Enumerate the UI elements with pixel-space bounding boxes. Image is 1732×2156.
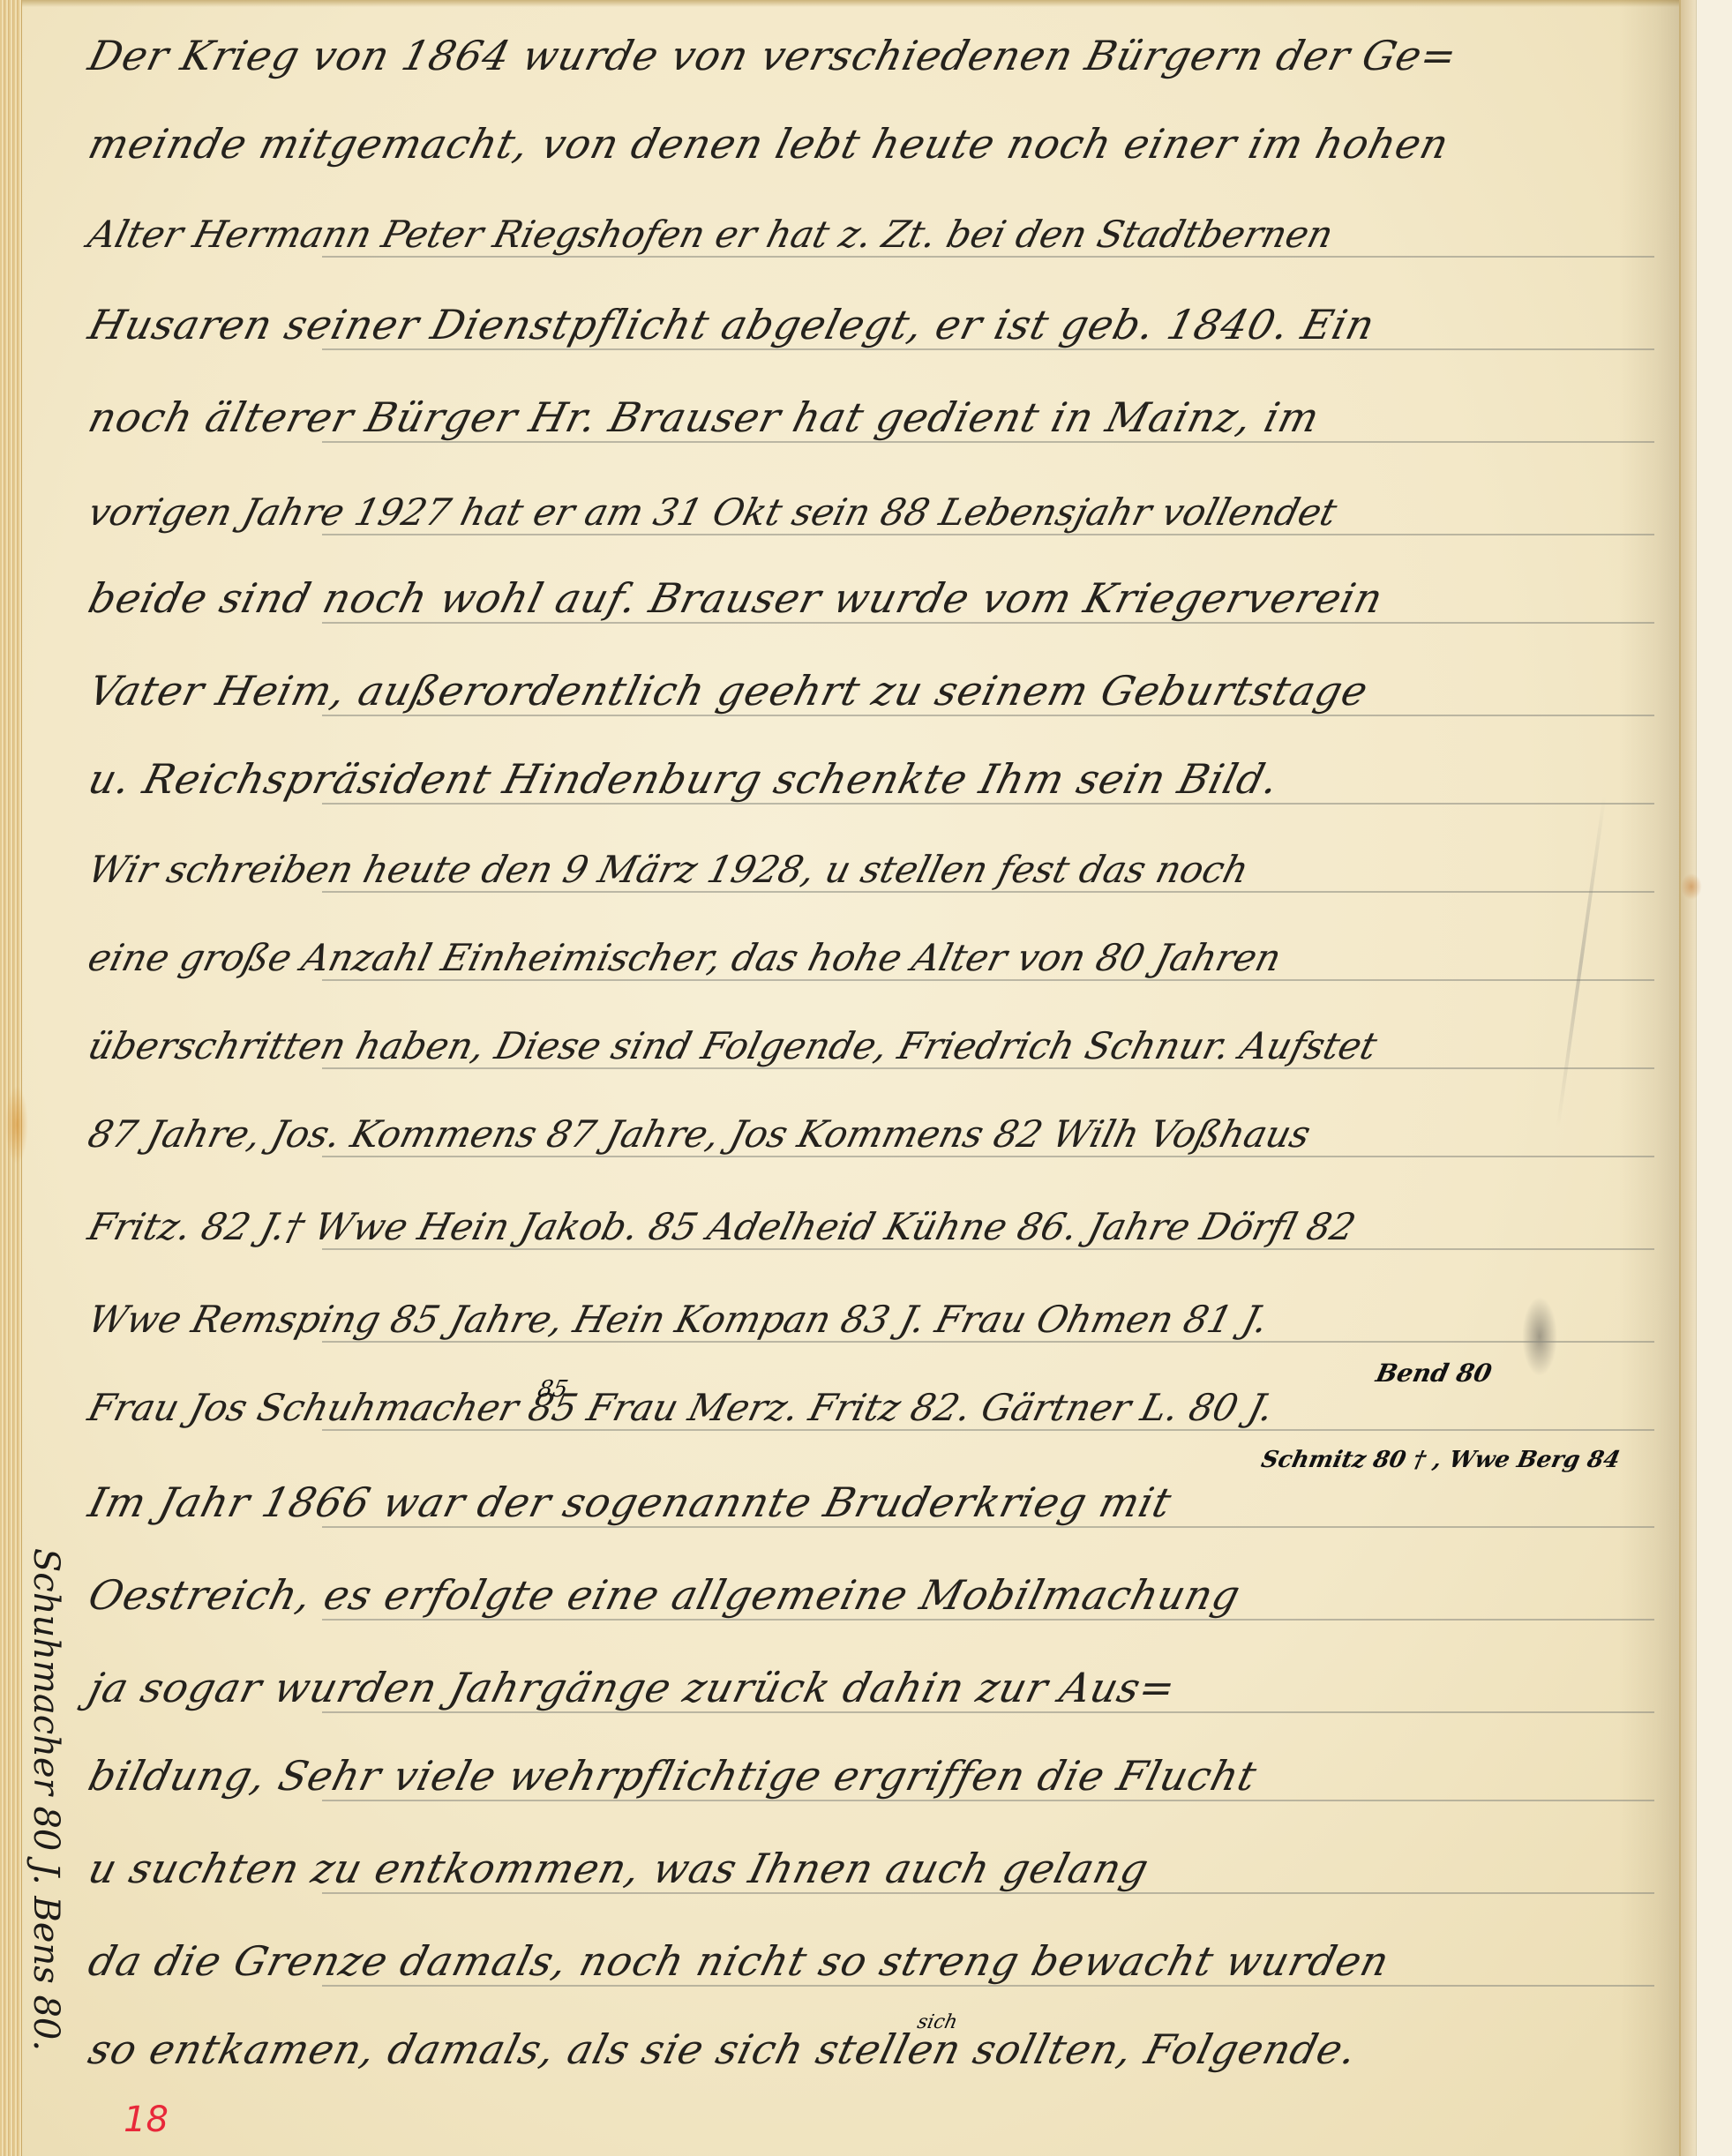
ruled-line xyxy=(322,1619,1654,1621)
margin-note-text: Schuhmacher 80 J. Bens 80. xyxy=(26,1548,66,2051)
ruled-line xyxy=(322,803,1654,805)
ruled-line xyxy=(322,441,1654,443)
ruled-line xyxy=(322,256,1654,258)
text-line: Alter Hermann Peter Riegshofen er hat z.… xyxy=(84,212,1654,273)
line-text: Husaren seiner Dienstpflicht abgelegt, e… xyxy=(84,301,1380,348)
text-line: Wir schreiben heute den 9 März 1928, u s… xyxy=(84,847,1654,909)
ruled-line xyxy=(322,891,1654,893)
line-text: Vater Heim, außerordentlich geehrt zu se… xyxy=(84,667,1373,715)
inserted-annotation: Schmitz 80 † , Wwe Berg 84 xyxy=(1259,1447,1623,1473)
text-line: beide sind noch wohl auf. Brauser wurde … xyxy=(84,578,1654,640)
text-line: so entkamen, damals, als sie sich stelle… xyxy=(84,2029,1654,2091)
line-text: Im Jahr 1866 war der sogenannte Bruderkr… xyxy=(84,1479,1177,1526)
line-text: da die Grenze damals, noch nicht so stre… xyxy=(84,1937,1394,1985)
inserted-annotation: Bend 80 xyxy=(1373,1359,1494,1388)
line-text: so entkamen, damals, als sie sich stelle… xyxy=(84,2025,1362,2073)
text-line: u. Reichspräsident Hindenburg schenkte I… xyxy=(84,759,1654,820)
text-line: da die Grenze damals, noch nicht so stre… xyxy=(84,1941,1654,2003)
line-text: ja sogar wurden Jahrgänge zurück dahin z… xyxy=(84,1664,1181,1711)
ruled-line xyxy=(322,1429,1654,1431)
text-line: 87 Jahre, Jos. Kommens 87 Jahre, Jos Kom… xyxy=(84,1112,1654,1173)
text-line: Frau Jos Schuhmacher 85 Frau Merz. Fritz… xyxy=(84,1385,1654,1447)
ruled-line xyxy=(322,1156,1654,1157)
left-margin-note: Schuhmacher 80 J. Bens 80. xyxy=(19,1464,72,2135)
line-text: meinde mitgemacht, von denen lebt heute … xyxy=(84,120,1454,168)
text-line: u suchten zu entkommen, was Ihnen auch g… xyxy=(84,1848,1654,1910)
ruled-line xyxy=(322,622,1654,624)
ruled-line xyxy=(322,715,1654,716)
line-text: beide sind noch wohl auf. Brauser wurde … xyxy=(84,574,1388,622)
page-number: 18 xyxy=(124,2100,169,2140)
ruled-line xyxy=(322,348,1654,350)
ruled-line xyxy=(322,1985,1654,1987)
line-text: u. Reichspräsident Hindenburg schenkte I… xyxy=(84,755,1285,803)
ruled-line xyxy=(322,534,1654,535)
line-text: Wwe Remsping 85 Jahre, Hein Kompan 83 J.… xyxy=(84,1298,1272,1341)
text-line: Im Jahr 1866 war der sogenannte Bruderkr… xyxy=(84,1482,1654,1544)
ruled-line xyxy=(322,1800,1654,1801)
text-line: noch älterer Bürger Hr. Brauser hat gedi… xyxy=(84,397,1654,459)
line-text: 87 Jahre, Jos. Kommens 87 Jahre, Jos Kom… xyxy=(84,1112,1315,1156)
ruled-line xyxy=(322,1711,1654,1713)
line-text: Frau Jos Schuhmacher 85 Frau Merz. Fritz… xyxy=(84,1386,1278,1429)
superscript-annotation: sich xyxy=(915,2011,959,2033)
text-line: bildung, Sehr viele wehrpflichtige ergri… xyxy=(84,1755,1654,1817)
ruled-line xyxy=(322,1067,1654,1069)
text-line: Fritz. 82 J.† Wwe Hein Jakob. 85 Adelhei… xyxy=(84,1204,1654,1266)
text-line: Vater Heim, außerordentlich geehrt zu se… xyxy=(84,670,1654,732)
handwritten-text-body: Der Krieg von 1864 wurde von verschieden… xyxy=(0,0,1732,2156)
ruled-line xyxy=(322,1526,1654,1528)
line-text: Oestreich, es erfolgte eine allgemeine M… xyxy=(84,1571,1246,1619)
ruled-line xyxy=(322,1892,1654,1894)
document-page: Der Krieg von 1864 wurde von verschieden… xyxy=(0,0,1732,2156)
text-line: Husaren seiner Dienstpflicht abgelegt, e… xyxy=(84,304,1654,366)
text-line: ja sogar wurden Jahrgänge zurück dahin z… xyxy=(84,1667,1654,1729)
ruled-line xyxy=(322,979,1654,981)
line-text: Fritz. 82 J.† Wwe Hein Jakob. 85 Adelhei… xyxy=(84,1205,1360,1248)
text-line: überschritten haben, Diese sind Folgende… xyxy=(84,1023,1654,1085)
text-line: Der Krieg von 1864 wurde von verschieden… xyxy=(84,35,1654,97)
text-line: Wwe Remsping 85 Jahre, Hein Kompan 83 J.… xyxy=(84,1297,1654,1359)
line-text: eine große Anzahl Einheimischer, das hoh… xyxy=(84,936,1286,979)
line-text: bildung, Sehr viele wehrpflichtige ergri… xyxy=(84,1752,1262,1800)
text-line: eine große Anzahl Einheimischer, das hoh… xyxy=(84,935,1654,997)
text-line: meinde mitgemacht, von denen lebt heute … xyxy=(84,124,1654,185)
line-text: Wir schreiben heute den 9 März 1928, u s… xyxy=(84,848,1253,891)
line-text: Der Krieg von 1864 wurde von verschieden… xyxy=(84,32,1462,79)
line-text: überschritten haben, Diese sind Folgende… xyxy=(84,1024,1382,1067)
line-text: noch älterer Bürger Hr. Brauser hat gedi… xyxy=(84,393,1324,441)
ruled-line xyxy=(322,1341,1654,1343)
ruled-line xyxy=(322,1248,1654,1250)
text-line: Oestreich, es erfolgte eine allgemeine M… xyxy=(84,1575,1654,1636)
superscript-annotation: 85 xyxy=(536,1376,570,1403)
line-text: u suchten zu entkommen, was Ihnen auch g… xyxy=(84,1845,1154,1892)
text-line: vorigen Jahre 1927 hat er am 31 Okt sein… xyxy=(84,490,1654,551)
line-text: vorigen Jahre 1927 hat er am 31 Okt sein… xyxy=(84,490,1341,534)
line-text: Alter Hermann Peter Riegshofen er hat z.… xyxy=(84,213,1338,256)
